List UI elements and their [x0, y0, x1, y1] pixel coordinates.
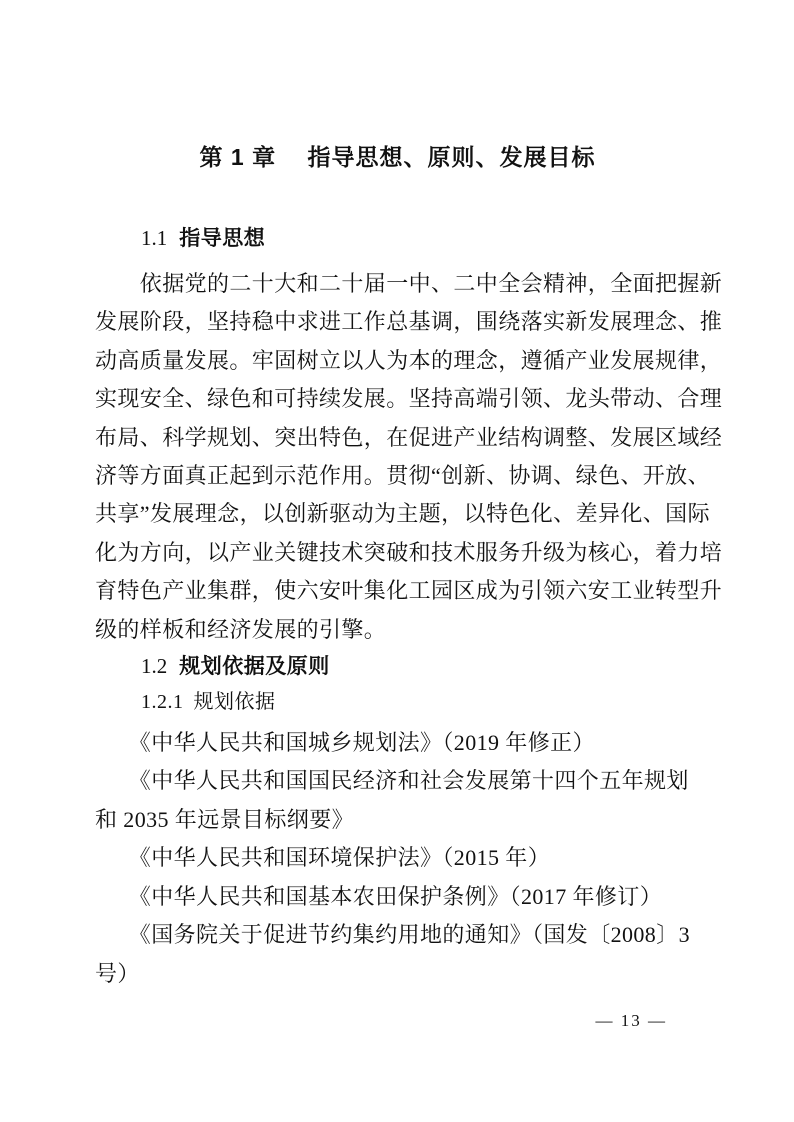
- chapter-title: 第 1 章 指导思想、原则、发展目标: [95, 140, 700, 174]
- section-1-1-number: 1.1: [141, 226, 167, 250]
- page-content: 第 1 章 指导思想、原则、发展目标 1.1指导思想 依据党的二十大和二十届一中…: [0, 140, 794, 1032]
- document-page: 第 1 章 指导思想、原则、发展目标 1.1指导思想 依据党的二十大和二十届一中…: [0, 0, 794, 1122]
- page-number: — 13 —: [95, 1010, 700, 1032]
- section-heading-1-1: 1.1指导思想: [95, 223, 700, 254]
- paragraph-line: 实现安全、绿色和可持续发展。坚持高端引领、龙头带动、合理: [95, 380, 700, 418]
- paragraph-line: 济等方面真正起到示范作用。贯彻“创新、协调、绿色、开放、: [95, 457, 700, 495]
- paragraph-line: 化为方向，以产业关键技术突破和技术服务升级为核心，着力培: [95, 534, 700, 572]
- paragraph-guiding-ideology: 依据党的二十大和二十届一中、二中全会精神，全面把握新发展阶段，坚持稳中求进工作总…: [95, 265, 700, 649]
- section-1-2-title: 规划依据及原则: [179, 655, 330, 678]
- reference-line: 《中华人民共和国国民经济和社会发展第十四个五年规划: [95, 762, 700, 800]
- paragraph-line: 发展阶段，坚持稳中求进工作总基调，围绕落实新发展理念、推: [95, 303, 700, 341]
- paragraph-line: 依据党的二十大和二十届一中、二中全会精神，全面把握新: [95, 265, 700, 303]
- subsection-heading-1-2-1: 1.2.1规划依据: [95, 687, 700, 717]
- paragraph-line: 共享”发展理念，以创新驱动为主题，以特色化、差异化、国际: [95, 495, 700, 533]
- reference-line: 《国务院关于促进节约集约用地的通知》（国发〔2008〕3: [95, 916, 700, 954]
- section-1-1-title: 指导思想: [179, 227, 265, 250]
- section-heading-1-2: 1.2规划依据及原则: [95, 651, 700, 682]
- paragraph-line: 级的样板和经济发展的引擎。: [95, 611, 700, 649]
- reference-line: 号）: [95, 955, 700, 993]
- reference-line: 《中华人民共和国基本农田保护条例》（2017 年修订）: [95, 878, 700, 916]
- reference-line: 《中华人民共和国环境保护法》（2015 年）: [95, 839, 700, 877]
- paragraph-line: 布局、科学规划、突出特色，在促进产业结构调整、发展区域经: [95, 419, 700, 457]
- subsection-1-2-1-title: 规划依据: [194, 691, 276, 713]
- reference-line: 和 2035 年远景目标纲要》: [95, 801, 700, 839]
- planning-basis-reference-list: 《中华人民共和国城乡规划法》（2019 年修正） 《中华人民共和国国民经济和社会…: [95, 724, 700, 993]
- paragraph-line: 动高质量发展。牢固树立以人为本的理念，遵循产业发展规律，: [95, 342, 700, 380]
- subsection-1-2-1-number: 1.2.1: [141, 691, 184, 713]
- paragraph-line: 育特色产业集群，使六安叶集化工园区成为引领六安工业转型升: [95, 572, 700, 610]
- section-1-2-number: 1.2: [141, 654, 167, 678]
- reference-line: 《中华人民共和国城乡规划法》（2019 年修正）: [95, 724, 700, 762]
